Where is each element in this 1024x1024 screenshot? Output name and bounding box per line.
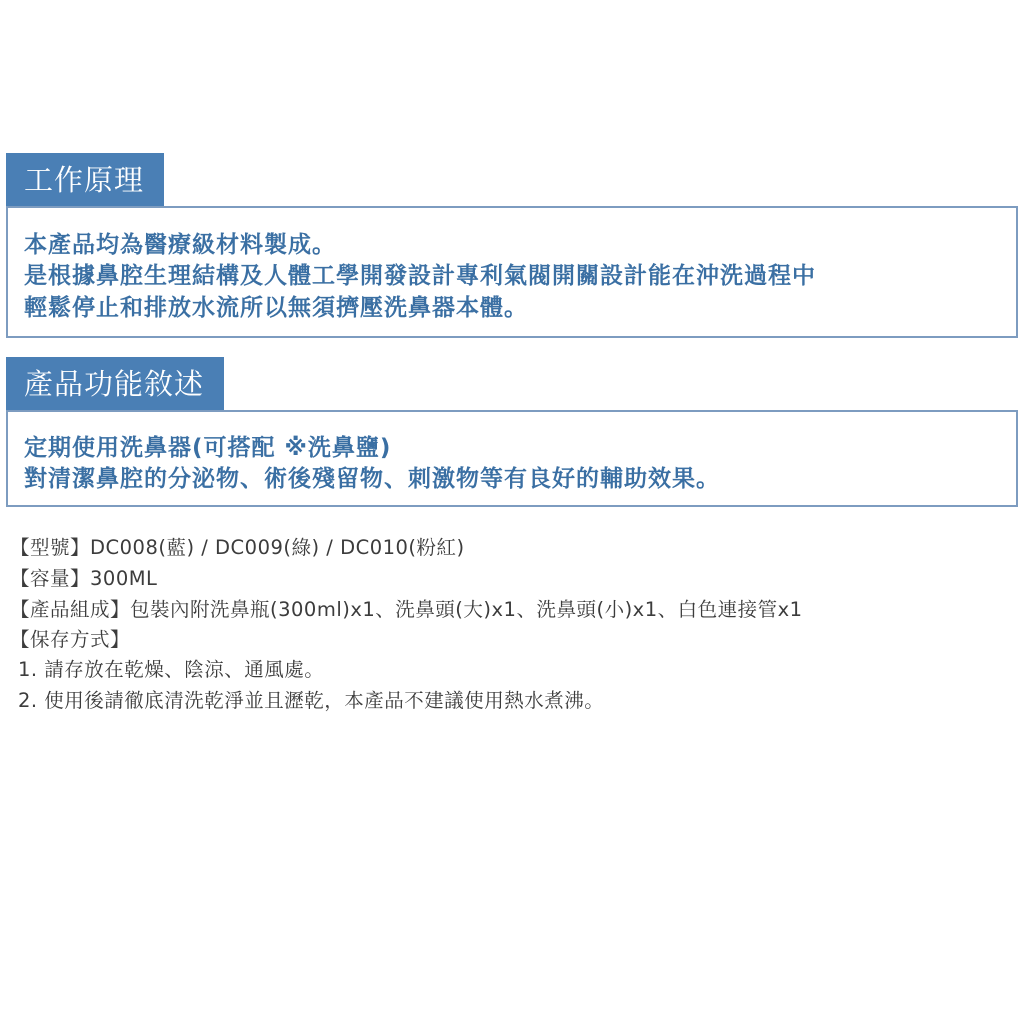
feature-line-1: 定期使用洗鼻器(可搭配 ※洗鼻鹽) bbox=[24, 429, 391, 462]
section-title-product-features: 產品功能敘述 bbox=[6, 357, 224, 411]
section-box-working-principle: 本產品均為醫療級材料製成。 是根據鼻腔生理結構及人體工學開發設計專利氣閥開關設計… bbox=[6, 206, 1018, 338]
section-title-working-principle: 工作原理 bbox=[6, 153, 164, 207]
principle-line-3: 輕鬆停止和排放水流所以無須擠壓洗鼻器本體。 bbox=[24, 289, 528, 322]
section-working-principle: 工作原理 本產品均為醫療級材料製成。 是根據鼻腔生理結構及人體工學開發設計專利氣… bbox=[6, 153, 1018, 339]
section-product-features: 產品功能敘述 定期使用洗鼻器(可搭配 ※洗鼻鹽) 對清潔鼻腔的分泌物、術後殘留物… bbox=[6, 357, 1018, 507]
spec-capacity: 【容量】300ML bbox=[10, 563, 157, 591]
feature-line-2: 對清潔鼻腔的分泌物、術後殘留物、刺激物等有良好的輔助效果。 bbox=[24, 460, 720, 493]
spec-contents: 【產品組成】包裝內附洗鼻瓶(300ml)x1、洗鼻頭(大)x1、洗鼻頭(小)x1… bbox=[10, 594, 803, 622]
spec-storage-item-2: 2. 使用後請徹底清洗乾淨並且瀝乾，本產品不建議使用熱水煮沸。 bbox=[18, 685, 604, 713]
section-box-product-features: 定期使用洗鼻器(可搭配 ※洗鼻鹽) 對清潔鼻腔的分泌物、術後殘留物、刺激物等有良… bbox=[6, 410, 1018, 507]
spec-model: 【型號】DC008(藍) / DC009(綠) / DC010(粉紅) bbox=[10, 532, 465, 560]
spec-storage-item-1: 1. 請存放在乾燥、陰涼、通風處。 bbox=[18, 654, 324, 682]
principle-line-2: 是根據鼻腔生理結構及人體工學開發設計專利氣閥開關設計能在沖洗過程中 bbox=[24, 257, 816, 290]
principle-line-1: 本產品均為醫療級材料製成。 bbox=[24, 226, 336, 259]
spec-storage-heading: 【保存方式】 bbox=[10, 624, 130, 652]
